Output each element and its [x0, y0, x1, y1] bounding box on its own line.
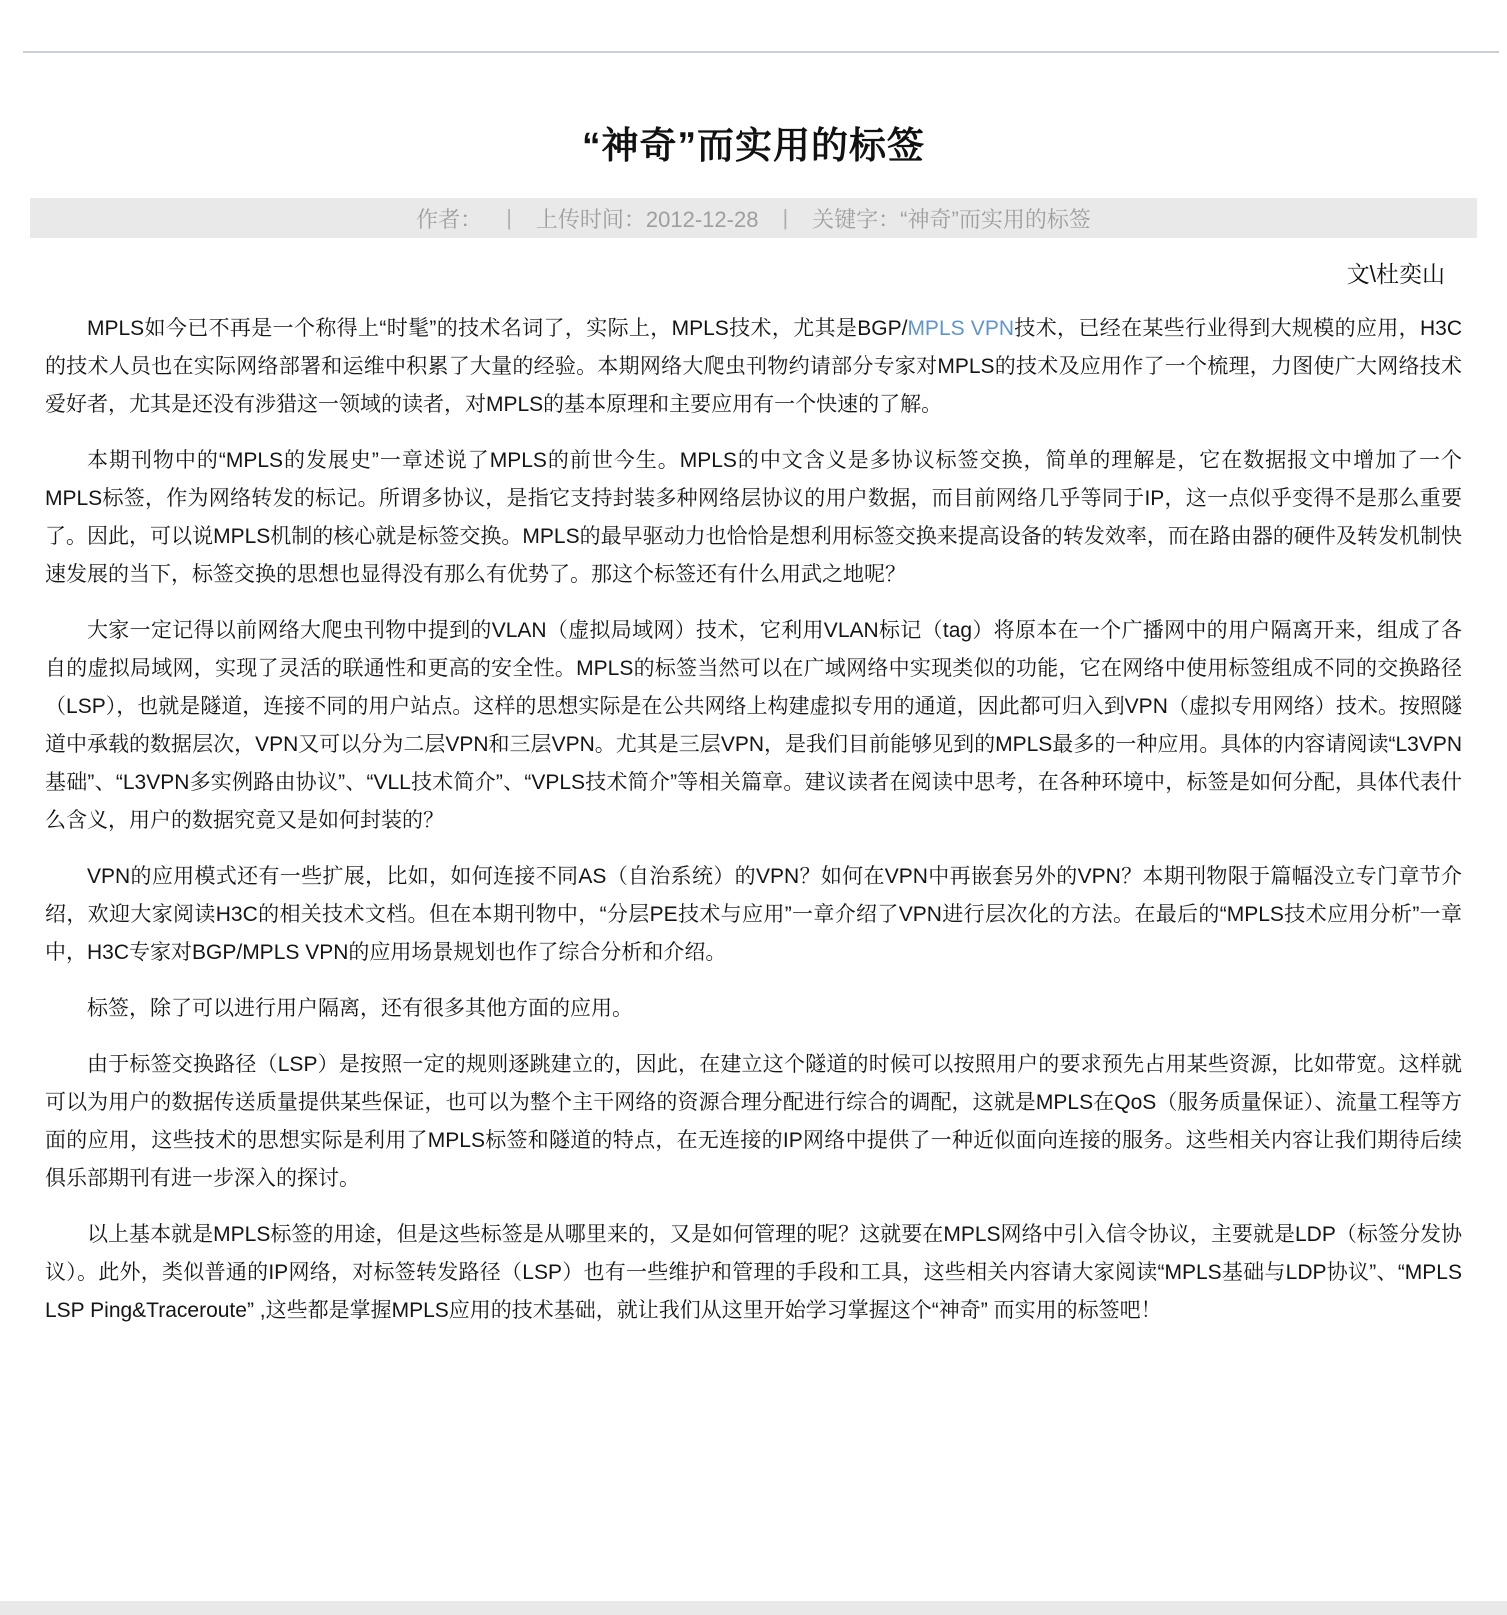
meta-divider: | [506, 205, 512, 231]
page-title: “神奇”而实用的标签 [0, 115, 1507, 169]
paragraph-7: 以上基本就是MPLS标签的用途，但是这些标签是从哪里来的，又是如何管理的呢？这就… [45, 1216, 1462, 1330]
paragraph-4: VPN的应用模式还有一些扩展，比如，如何连接不同AS（自治系统）的VPN？如何在… [45, 858, 1462, 972]
mpls-vpn-link[interactable]: MPLS VPN [907, 317, 1014, 340]
paragraph-6: 由于标签交换路径（LSP）是按照一定的规则逐跳建立的，因此，在建立这个隧道的时候… [45, 1046, 1462, 1198]
meta-divider: | [782, 205, 788, 231]
meta-bar: 作者： | 上传时间：2012-12-28 | 关键字：“神奇”而实用的标签 [30, 198, 1477, 238]
paragraph-1-text-before: MPLS如今已不再是一个称得上“时髦”的技术名词了，实际上，MPLS技术，尤其是… [87, 317, 907, 340]
paragraph-2: 本期刊物中的“MPLS的发展史”一章述说了MPLS的前世今生。MPLS的中文含义… [45, 442, 1462, 594]
author-label: 作者： [416, 203, 482, 234]
paragraph-5: 标签，除了可以进行用户隔离，还有很多其他方面的应用。 [45, 990, 1462, 1028]
header-divider [23, 51, 1499, 53]
article-body: MPLS如今已不再是一个称得上“时髦”的技术名词了，实际上，MPLS技术，尤其是… [45, 310, 1462, 1348]
paragraph-3: 大家一定记得以前网络大爬虫刊物中提到的VLAN（虚拟局域网）技术，它利用VLAN… [45, 612, 1462, 840]
byline: 文\杜奕山 [1347, 256, 1445, 289]
paragraph-1: MPLS如今已不再是一个称得上“时髦”的技术名词了，实际上，MPLS技术，尤其是… [45, 310, 1462, 424]
footer-strip [0, 1601, 1507, 1615]
keywords: 关键字：“神奇”而实用的标签 [812, 203, 1091, 234]
upload-time: 上传时间：2012-12-28 [536, 203, 759, 234]
